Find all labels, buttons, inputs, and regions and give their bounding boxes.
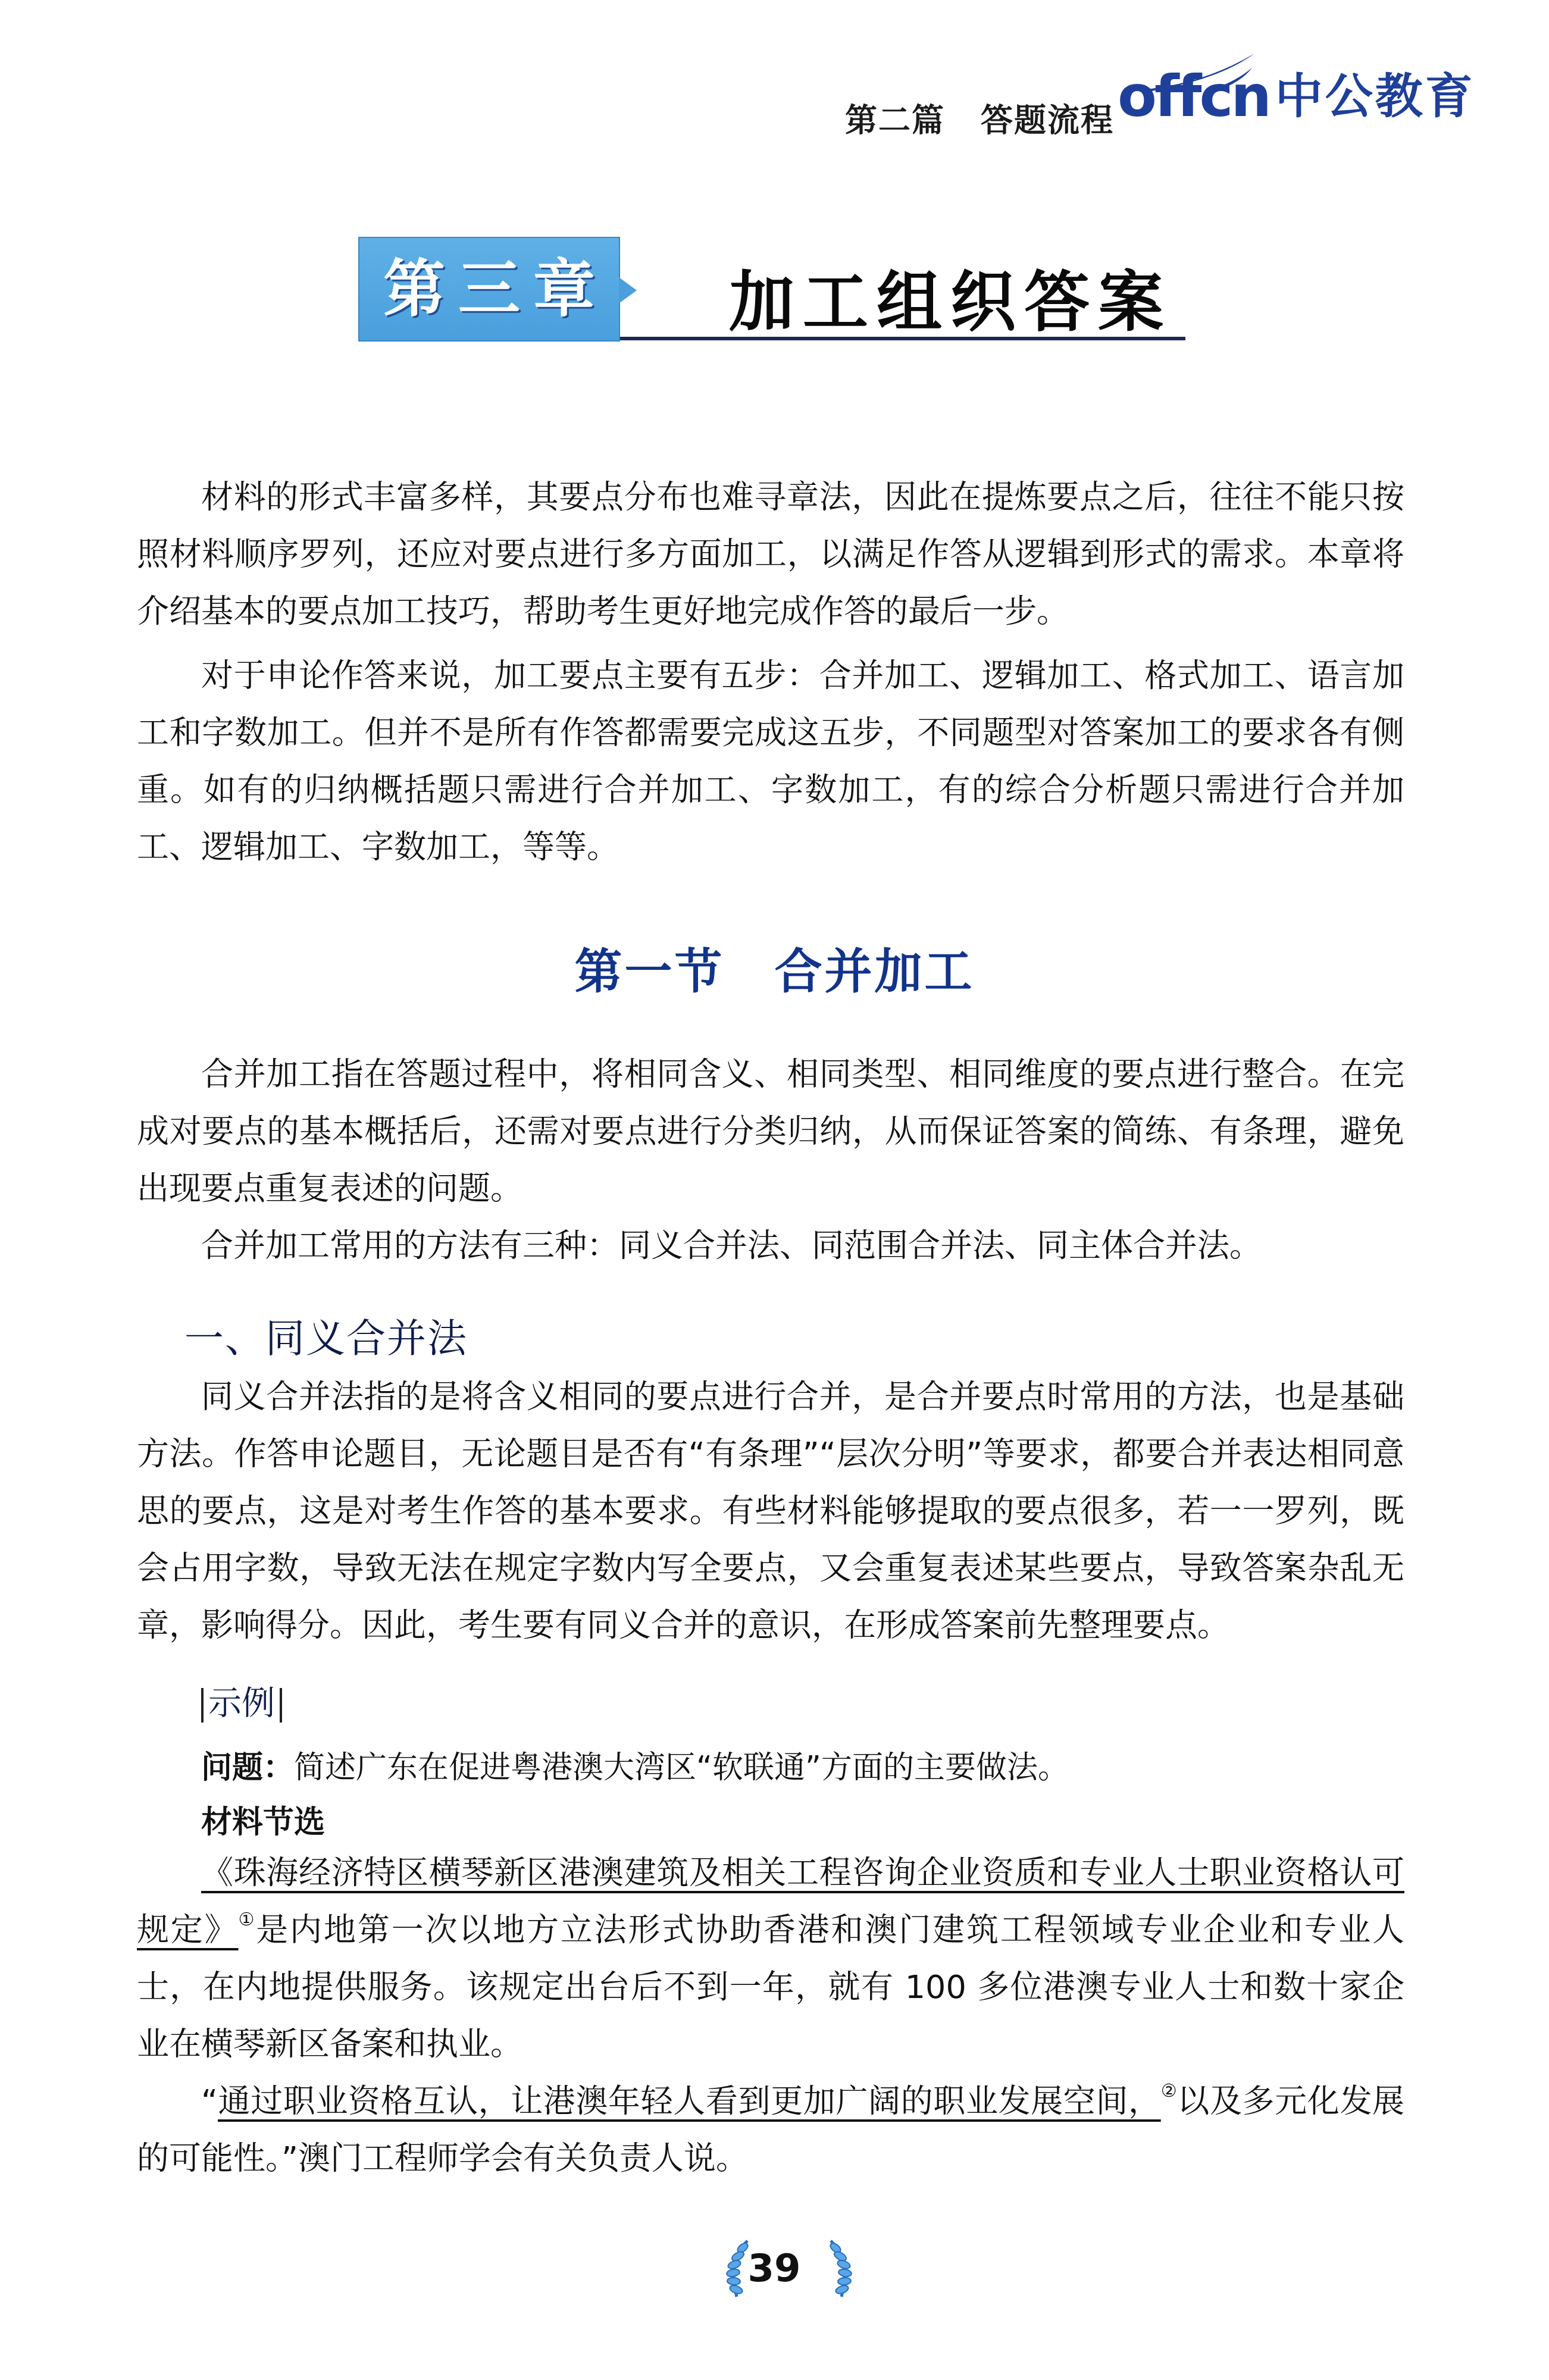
swoosh-icon [1141, 52, 1260, 94]
material-paragraph-1: 《珠海经济特区横琴新区港澳建筑及相关工程咨询企业资质和专业人士职业资格认可规定》… [137, 1844, 1404, 2073]
running-header: 第二篇答题流程 [845, 95, 1114, 141]
offcn-logo: offcn 中公教育 [1118, 67, 1475, 132]
chapter-arrow-icon [619, 277, 637, 303]
material-heading: 材料节选 [201, 1797, 325, 1842]
footnote-marker-1: ① [239, 1909, 256, 1930]
material-text-1: 是内地第一次以地方立法形式协助香港和澳门建筑工程领域专业企业和专业人士，在内地提… [137, 1911, 1404, 2063]
section-paragraph-2: 合并加工常用的方法有三种：同义合并法、同范围合并法、同主体合并法。 [137, 1217, 1404, 1274]
underlined-quote: 通过职业资格互认，让港澳年轻人看到更加广阔的职业发展空间， [218, 2082, 1161, 2120]
part-label: 第二篇 [845, 102, 945, 139]
material-paragraph-2: “通过职业资格互认，让港澳年轻人看到更加广阔的职业发展空间，②以及多元化发展的可… [137, 2073, 1404, 2187]
footnote-marker-2: ② [1161, 2081, 1178, 2102]
intro-paragraph-2: 对于申论作答来说，加工要点主要有五步：合并加工、逻辑加工、格式加工、语言加工和字… [137, 647, 1404, 876]
section-title: 第一节 合并加工 [0, 933, 1549, 1001]
bracket-left [201, 1688, 204, 1723]
logo-wordmark: offcn [1118, 67, 1269, 126]
logo-chinese: 中公教育 [1275, 67, 1475, 126]
page-number: 39 [715, 2247, 834, 2291]
chapter-underline [620, 337, 1185, 340]
laurel-right-icon [821, 2237, 857, 2303]
subsection-title: 一、同义合并法 [184, 1307, 468, 1363]
intro-paragraph-1: 材料的形式丰富多样，其要点分布也难寻章法，因此在提炼要点之后，往往不能只按照材料… [137, 469, 1404, 640]
part-title: 答题流程 [981, 102, 1114, 139]
bracket-right [280, 1688, 282, 1723]
example-question: 问题：简述广东在促进粤港澳大湾区“软联通”方面的主要做法。 [201, 1742, 1069, 1787]
example-tag: 示例 [196, 1677, 287, 1724]
subsection-paragraph: 同义合并法指的是将含义相同的要点进行合并，是合并要点时常用的方法，也是基础方法。… [137, 1368, 1404, 1654]
question-label: 问题： [201, 1750, 294, 1786]
chapter-title: 加工组织答案 [729, 250, 1172, 344]
question-text: 简述广东在促进粤港澳大湾区“软联通”方面的主要做法。 [294, 1750, 1069, 1786]
section-paragraph-1: 合并加工指在答题过程中，将相同含义、相同类型、相同维度的要点进行整合。在完成对要… [137, 1046, 1404, 1217]
chapter-number: 第三章 [358, 237, 620, 342]
